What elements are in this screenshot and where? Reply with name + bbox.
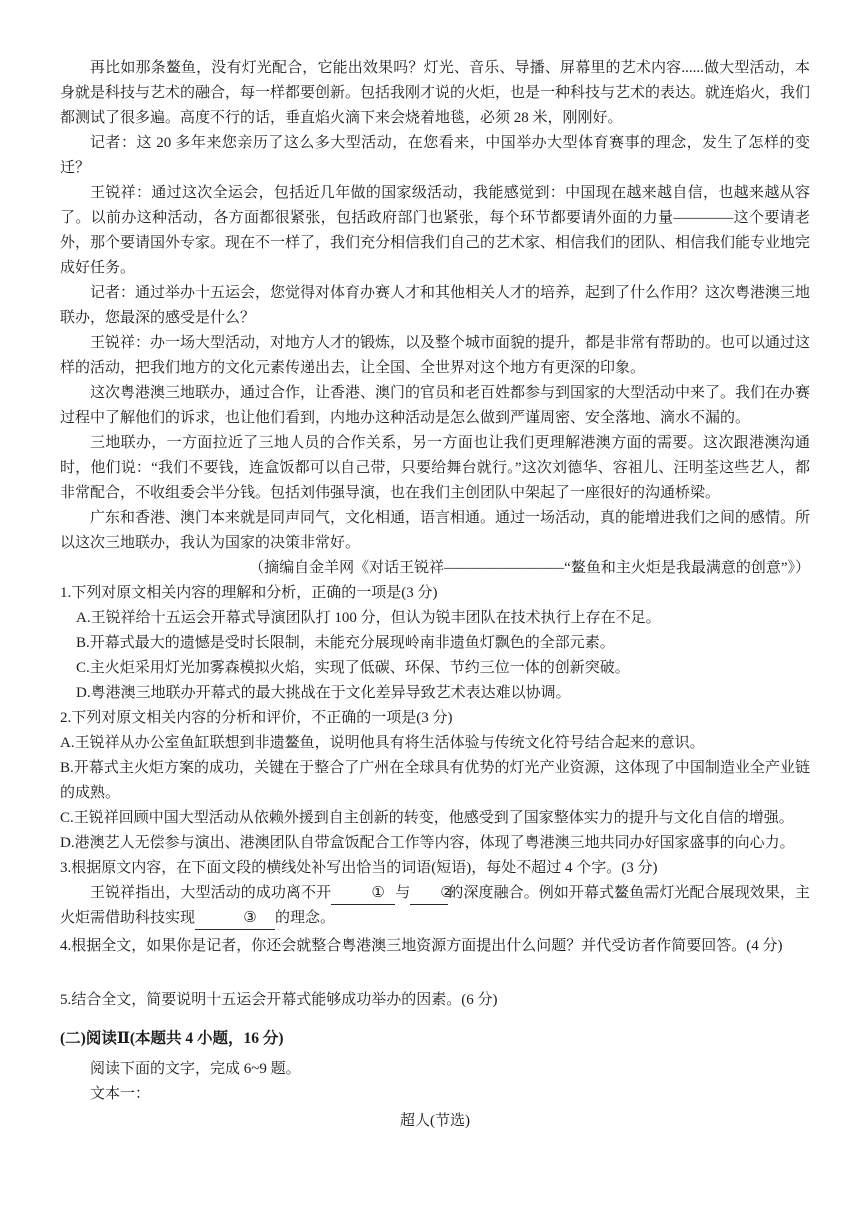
passage-paragraph-3-interviewee: 王锐祥：通过这次全运会，包括近几年做的国家级活动，我能感觉到：中国现在越来越自信…	[60, 181, 810, 281]
fill-text-1: 王锐祥指出，大型活动的成功离不开	[90, 885, 331, 901]
question-2: 2.下列对原文相关内容的分析和评价，不正确的一项是(3 分) A.王锐祥从办公室…	[60, 706, 810, 856]
fill-blank-3: ③	[195, 908, 275, 930]
fill-blank-2: ②	[410, 883, 448, 905]
fill-text-4: 的理念。	[275, 910, 335, 926]
section-2-instruction: 阅读下面的文字，完成 6~9 题。	[60, 1057, 810, 1082]
question-1-stem: 1.下列对原文相关内容的理解和分析，正确的一项是(3 分)	[60, 581, 810, 606]
passage-paragraph-4-reporter: 记者：通过举办十五运会，您觉得对体育办赛人才和其他相关人才的培养，起到了什么作用…	[60, 281, 810, 331]
question-2-option-d: D.港澳艺人无偿参与演出、港澳团队自带盒饭配合工作等内容，体现了粤港澳三地共同办…	[60, 831, 810, 856]
passage-paragraph-5-interviewee: 王锐祥：办一场大型活动，对地方人才的锻炼，以及整个城市面貌的提升，都是非常有帮助…	[60, 331, 810, 381]
section-reading-2: (二)阅读Ⅱ(本题共 4 小题，16 分) 阅读下面的文字，完成 6~9 题。 …	[60, 1026, 810, 1134]
section-2-text-label: 文本一：	[60, 1082, 810, 1107]
passage-paragraph-7: 三地联办，一方面拉近了三地人员的合作关系，另一方面也让我们更理解港澳方面的需要。…	[60, 431, 810, 506]
question-1-option-b: B.开幕式最大的遗憾是受时长限制，未能充分展现岭南非遗鱼灯飘色的全部元素。	[60, 631, 810, 656]
question-4-stem: 4.根据全文，如果你是记者，你还会就整合粤港澳三地资源方面提出什么问题？并代受访…	[60, 934, 810, 959]
question-2-option-a: A.王锐祥从办公室鱼缸联想到非遗鳌鱼，说明他具有将生活体验与传统文化符号结合起来…	[60, 731, 810, 756]
section-2-heading: (二)阅读Ⅱ(本题共 4 小题，16 分)	[60, 1026, 810, 1051]
question-2-stem: 2.下列对原文相关内容的分析和评价，不正确的一项是(3 分)	[60, 706, 810, 731]
question-2-option-c: C.王锐祥回顾中国大型活动从依赖外援到自主创新的转变，他感受到了国家整体实力的提…	[60, 806, 810, 831]
exam-paper-page: 再比如那条鳌鱼，没有灯光配合，它能出效果吗？灯光、音乐、导播、屏幕里的艺术内容.…	[0, 0, 868, 1227]
question-1-option-a: A.王锐祥给十五运会开幕式导演团队打 100 分，但认为锐丰团队在技术执行上存在…	[60, 606, 810, 631]
fill-text-2: 与	[395, 885, 410, 901]
passage-attribution: （摘编自金羊网《对话王锐祥————————“鳌鱼和主火炬是我最满意的创意”》）	[60, 556, 810, 581]
question-1-option-c: C.主火炬采用灯光加雾森模拟火焰，实现了低碳、环保、节约三位一体的创新突破。	[60, 656, 810, 681]
passage-paragraph-8: 广东和香港、澳门本来就是同声同气，文化相通，语言相通。通过一场活动，真的能增进我…	[60, 506, 810, 556]
question-3-fill-passage: 王锐祥指出，大型活动的成功离不开①与②的深度融合。例如开幕式鳌鱼需灯光配合展现效…	[60, 881, 810, 931]
question-1: 1.下列对原文相关内容的理解和分析，正确的一项是(3 分) A.王锐祥给十五运会…	[60, 581, 810, 706]
question-2-option-b: B.开幕式主火炬方案的成功，关键在于整合了广州在全球具有优势的灯光产业资源，这体…	[60, 756, 810, 806]
fill-blank-1: ①	[331, 883, 395, 905]
question-1-option-d: D.粤港澳三地联办开幕式的最大挑战在于文化差异导致艺术表达难以协调。	[60, 681, 810, 706]
passage-paragraph-6: 这次粤港澳三地联办，通过合作，让香港、澳门的官员和老百姓都参与到国家的大型活动中…	[60, 381, 810, 431]
passage-paragraph-2-reporter: 记者：这 20 多年来您亲历了这么多大型活动，在您看来，中国举办大型体育赛事的理…	[60, 131, 810, 181]
question-5-stem: 5.结合全文，简要说明十五运会开幕式能够成功举办的因素。(6 分)	[60, 988, 810, 1013]
question-3: 3.根据原文内容，在下面文段的横线处补写出恰当的词语(短语)，每处不超过 4 个…	[60, 856, 810, 931]
question-3-stem: 3.根据原文内容，在下面文段的横线处补写出恰当的词语(短语)，每处不超过 4 个…	[60, 856, 810, 881]
passage-paragraph-1: 再比如那条鳌鱼，没有灯光配合，它能出效果吗？灯光、音乐、导播、屏幕里的艺术内容.…	[60, 56, 810, 131]
section-2-excerpt-title: 超人(节选)	[60, 1109, 810, 1134]
